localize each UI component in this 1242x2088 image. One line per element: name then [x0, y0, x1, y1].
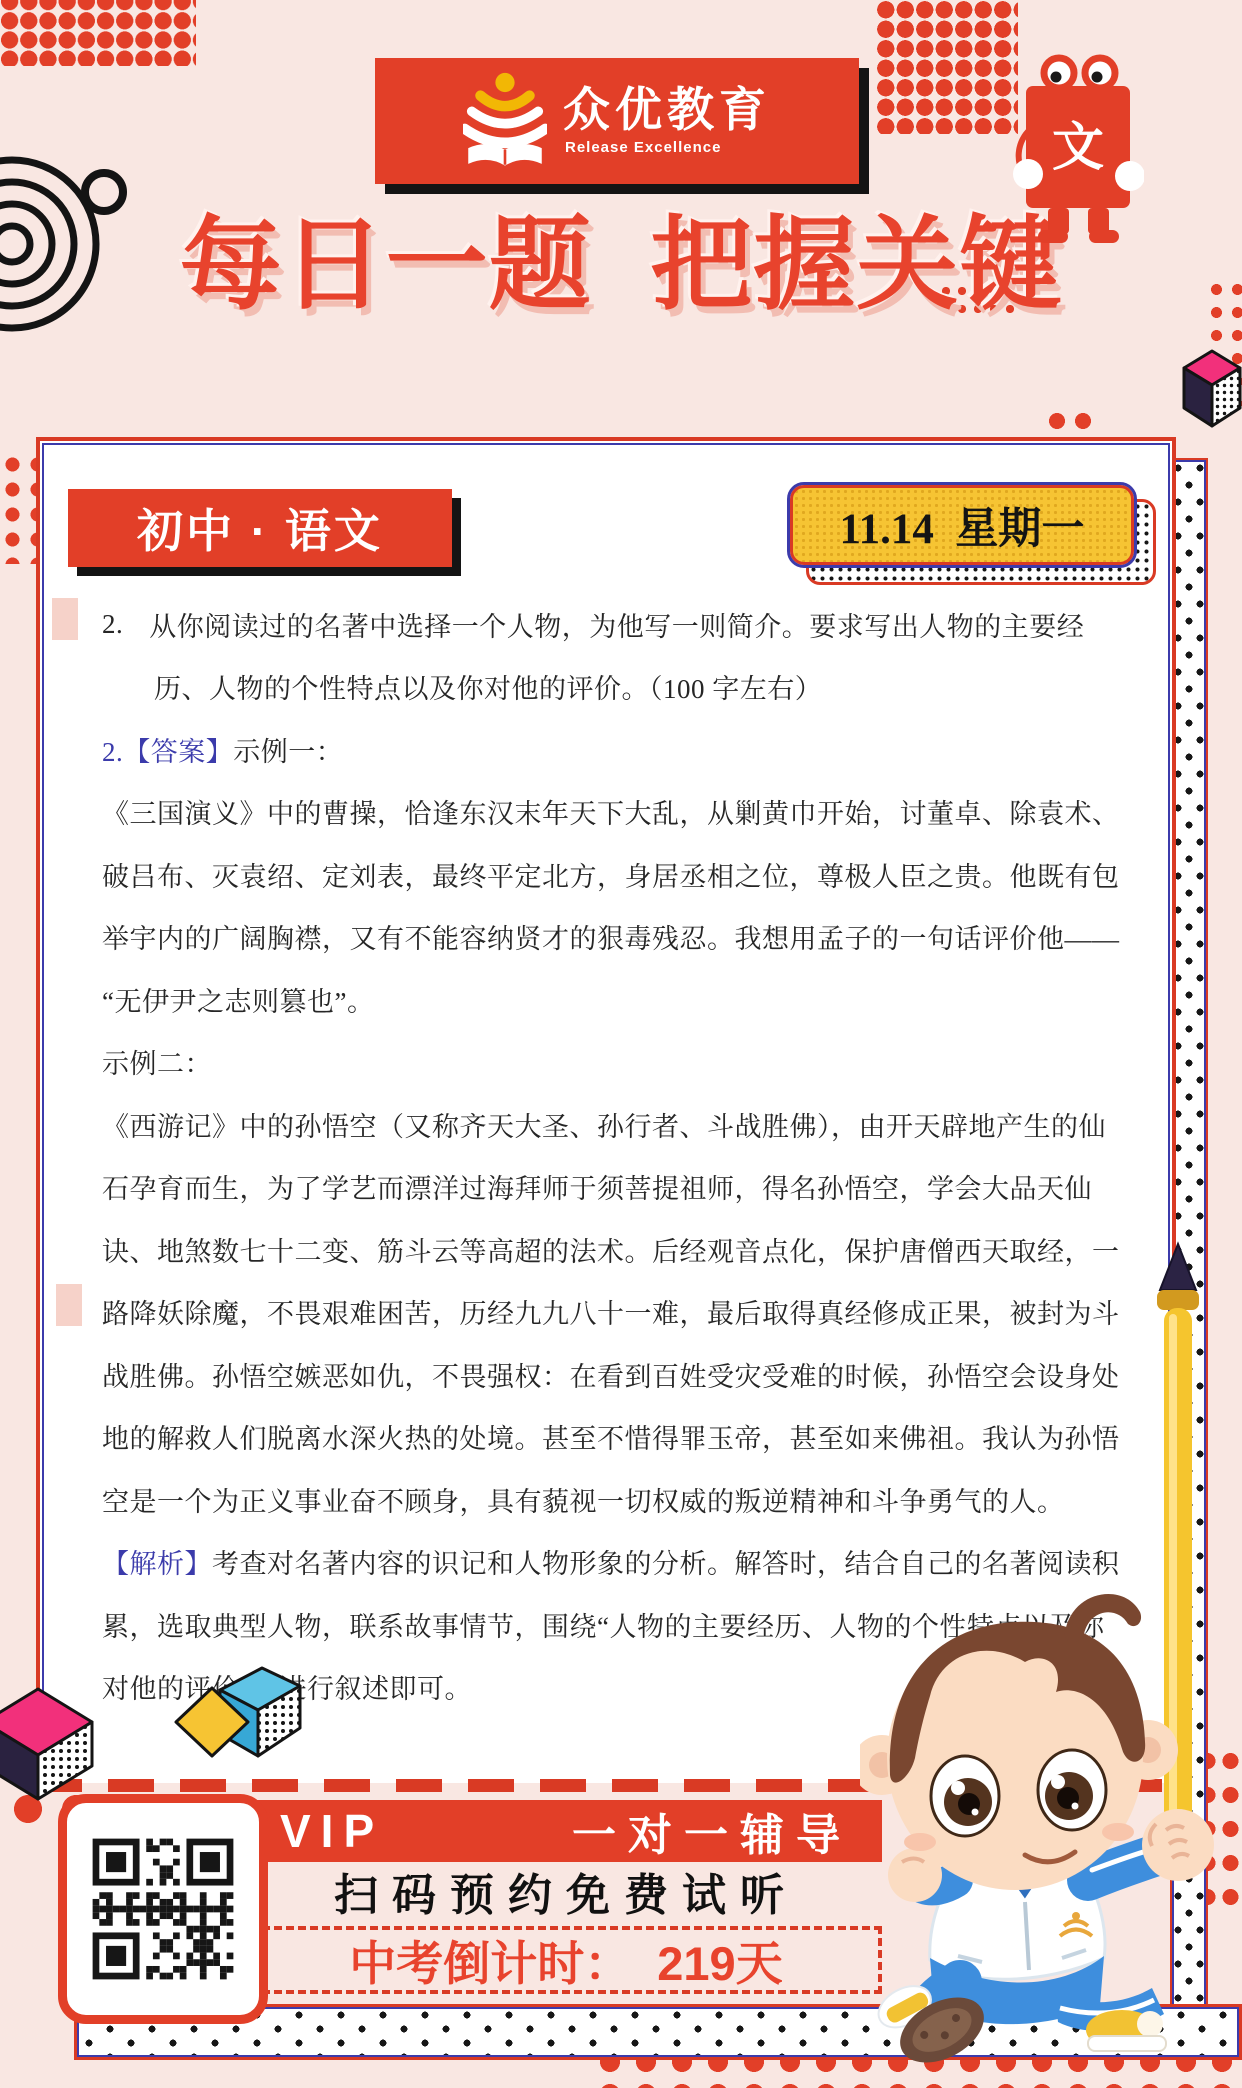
document-line: 石孕育而生，为了学艺而漂洋过海拜师于须菩提祖师，得名孙悟空，学会大品天仙	[102, 1156, 1146, 1219]
document-text: 《西游记》中的孙悟空（又称齐天大圣、孙行者、斗战胜佛），由开天辟地产生的仙	[102, 1105, 1106, 1144]
document-line: “无伊尹之志则篡也”。	[102, 968, 1146, 1031]
vip-label: VIP	[280, 1804, 384, 1858]
logo-banner: 众优教育 Release Excellence	[375, 58, 859, 184]
poster: 众优教育 Release Excellence 文 每日一题 把握关键 初中 ·…	[0, 0, 1242, 2088]
document-text: 示例一：	[233, 730, 343, 769]
document-line: 示例二：	[102, 1031, 1146, 1094]
subject-badge: 初中 · 语文	[68, 489, 452, 567]
dot-grid-top-right	[876, 0, 1018, 134]
book-logo-icon	[463, 71, 547, 171]
cube-cluster-icon	[128, 1664, 303, 1779]
brand-name: 众优教育	[563, 86, 771, 133]
cube-icon	[0, 1684, 98, 1804]
pink-marker	[52, 598, 78, 640]
document-line: 2.【答案】示例一：	[102, 718, 1146, 781]
cube-icon	[1180, 348, 1242, 430]
dot-pair	[1044, 408, 1096, 434]
brand-slogan: Release Excellence	[563, 139, 771, 156]
document-text: 2.【答案】	[102, 730, 233, 769]
document-text: 2.	[102, 609, 123, 640]
document-line: 《三国演义》中的曹操，恰逢东汉末年天下大乱，从剿黄巾开始，讨董卓、除袁术、	[102, 781, 1146, 844]
scan-call-to-action: 扫码预约免费试听	[250, 1870, 882, 1922]
pink-marker	[56, 1284, 82, 1326]
document-text: 石孕育而生，为了学艺而漂洋过海拜师于须菩提祖师，得名孙悟空，学会大品天仙	[102, 1167, 1092, 1206]
document-text: 【解析】	[102, 1542, 212, 1581]
robot-subject-label: 文	[1048, 118, 1108, 178]
countdown-label: 中考倒计时：	[349, 1927, 631, 1994]
document-text: 示例二：	[102, 1042, 212, 1081]
countdown-value: 219天	[657, 1927, 782, 1994]
document-text: 举宇内的广阔胸襟，又有不能容纳贤才的狠毒残忍。我想用孟子的一句话评价他——	[102, 917, 1120, 956]
document-line: 历、人物的个性特点以及你对他的评价。（100 字左右）	[102, 656, 1146, 719]
document-line: 举宇内的广阔胸襟，又有不能容纳贤才的狠毒残忍。我想用孟子的一句话评价他——	[102, 906, 1146, 969]
document-line: 破吕布、灭袁绍、定刘表，最终平定北方，身居丞相之位，尊极人臣之贵。他既有包	[102, 843, 1146, 906]
document-text: 从你阅读过的名著中选择一个人物，为他写一则简介。要求写出人物的主要经	[149, 605, 1084, 644]
document-line: 2.从你阅读过的名著中选择一个人物，为他写一则简介。要求写出人物的主要经	[102, 593, 1146, 656]
date-badge: 11.14 星期一	[790, 485, 1134, 565]
document-text: 《三国演义》中的曹操，恰逢东汉末年天下大乱，从剿黄巾开始，讨董卓、除袁术、	[102, 792, 1120, 831]
dot-grid-top-left	[0, 0, 196, 66]
document-text: “无伊尹之志则篡也”。	[102, 980, 374, 1019]
qr-code	[58, 1794, 268, 2024]
mascot-boy	[860, 1230, 1242, 2088]
date-badge-group: 11.14 星期一	[790, 485, 1134, 565]
document-text: 破吕布、灭袁绍、定刘表，最终平定北方，身居丞相之位，尊极人臣之贵。他既有包	[102, 855, 1120, 894]
document-line: 《西游记》中的孙悟空（又称齐天大圣、孙行者、斗战胜佛），由开天辟地产生的仙	[102, 1093, 1146, 1156]
document-text: 历、人物的个性特点以及你对他的评价。（100 字左右）	[154, 667, 822, 706]
vip-banner: VIP 一对一辅导	[250, 1800, 882, 1862]
countdown-box: 中考倒计时： 219天	[250, 1926, 882, 1994]
tutoring-label: 一对一辅导	[572, 1799, 852, 1863]
